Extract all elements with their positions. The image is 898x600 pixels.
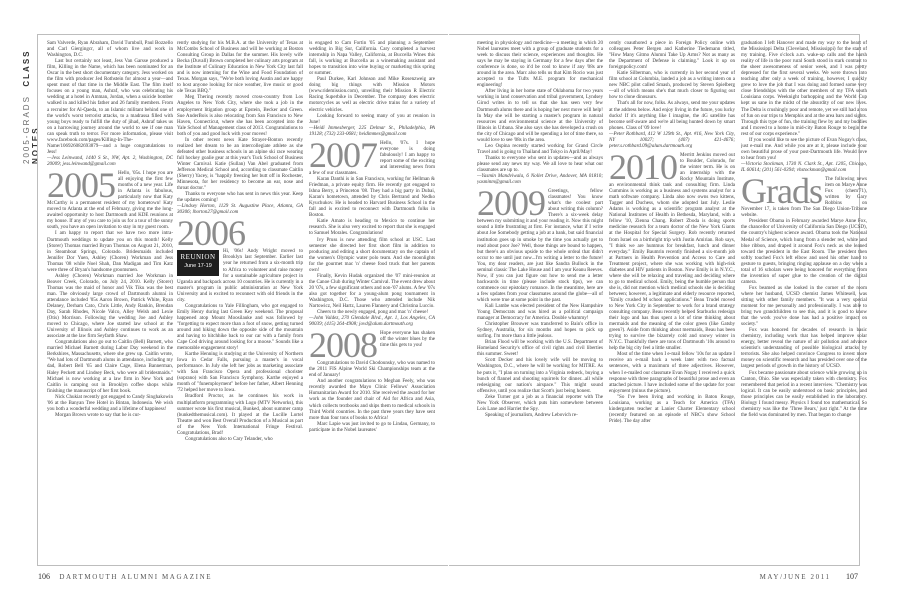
paragraph: Sam Valverde, Ryan Abraham, David Turnbu… — [47, 40, 173, 58]
paragraph: "So I've been living and working in Bato… — [609, 394, 735, 424]
paragraph: Fox was honored for decades of research … — [741, 327, 867, 369]
column-signature: —Peter Rothbard, 412 W 129th St., Apt. #… — [609, 131, 735, 149]
left-folio: 106 DARTMOUTH ALUMNI MAGAZINE — [38, 572, 212, 581]
paragraph: cently coauthored a piece in Foreign Pol… — [609, 40, 735, 70]
paragraph: Fox became passionate about science whil… — [741, 370, 867, 418]
reunion-label: REUNION — [177, 253, 219, 262]
paragraph: Ivy Pruss is now attending film school a… — [309, 237, 435, 273]
paragraph: is engaged to Cam Fortin '05 and plannin… — [309, 40, 435, 76]
column-signature: —John Valdez, 270 Glendale Blvd., Apt. 1… — [309, 315, 435, 327]
side-tab-years: 2005-GRADS — [22, 95, 31, 164]
column-4: meeting in physiology and medicine—a mee… — [477, 40, 603, 558]
year-heading-grads: Grads The following news item on Marye A… — [741, 176, 867, 218]
paragraph: Katie Silberman, who is currently in her… — [609, 70, 735, 100]
paragraph: graduation I left Hanover and made my wa… — [741, 40, 867, 137]
class-year: 2007 — [309, 140, 377, 170]
paragraph: Merritt Jenkins moved out to Boulder, Co… — [609, 152, 735, 352]
paragraph: I am happy to report that we have two mo… — [47, 230, 173, 272]
paragraph: Thanks to everyone who sent in updates—a… — [477, 155, 603, 173]
paragraph: Thanks to everyone who has sent in news … — [177, 191, 303, 203]
paragraph: Bradford Proctor, as he continues his wo… — [177, 393, 303, 435]
paragraph: President Obama in February awarded Mary… — [741, 218, 867, 285]
year-heading-2007: 2007 Hello, '07s. I hope everyone is doi… — [309, 140, 435, 176]
page-number: 106 — [38, 572, 50, 581]
column-3: is engaged to Cam Fortin '05 and plannin… — [309, 40, 435, 558]
paragraph: Congratulations also to Cary Telander, w… — [177, 436, 303, 442]
year-heading-2005: 2005 Hello, '05s. I hope you are all enj… — [47, 170, 173, 230]
class-year: Grads — [741, 176, 822, 206]
year-heading-2006: 2006 REUNION June 17-19 Hi, '06s! Andy W… — [177, 218, 303, 302]
paragraph: Congratulations to Yale Fillingham, who … — [177, 303, 303, 351]
paragraph: Fox beamed as she looked in the corner o… — [741, 285, 867, 327]
paragraph: Meg Thering recently moved cross-country… — [177, 94, 303, 136]
column-signature: —Victoria Stockman, 1730 N. Clark St., A… — [741, 161, 867, 173]
paragraph: Katie Amato is heading to Mexico to cont… — [309, 218, 435, 236]
right-folio: MAY/JUNE 2011 107 — [760, 572, 858, 581]
paragraph: That's all for now, folks. As always, se… — [609, 100, 735, 130]
paragraph: Karthe Henning is studying at the Univer… — [177, 351, 303, 393]
magazine-title: DARTMOUTH ALUMNI MAGAZINE — [59, 573, 212, 581]
paragraph: Brian Flood will be working with the U.S… — [477, 339, 603, 357]
paragraph: Speaking of journalism, Andrew Lebovich … — [477, 412, 603, 418]
column-signature: —Heidi Immesberger, 225 Delmar St., Phil… — [309, 125, 435, 137]
paragraph: In other recent news Kate Strayer-Bonton… — [177, 137, 303, 191]
paragraph: Looking forward to seeing many of you at… — [309, 113, 435, 125]
class-year: 2005 — [47, 170, 115, 200]
paragraph: After living in her home state of Oklaho… — [477, 88, 603, 142]
paragraph: Marc Lapie was just invited to go to Lin… — [309, 421, 435, 433]
paragraph: Karan Danthi is in San Francisco, workin… — [309, 176, 435, 218]
class-year: 2008 — [309, 330, 377, 360]
paragraph: Leo Ospina recently started working for … — [477, 143, 603, 155]
class-year: 2010 — [609, 152, 677, 182]
paragraph: rently studying for his M.B.A. at the Un… — [177, 40, 303, 94]
paragraph: Most of the time when I e-mail fellow '1… — [609, 351, 735, 393]
column-signature: —Jess Leinwand, 1440 S St., NW, Apt. 2, … — [47, 155, 173, 167]
year-heading-2009: 2009 Greetings, fellow classmates! You k… — [477, 188, 603, 303]
paragraph: Paul Durkee, Karl Johnson and Mike Rosen… — [309, 76, 435, 112]
paragraph: Congratulations to David Chodounsky, who… — [309, 360, 435, 378]
reunion-dates: June 17-19 — [177, 262, 219, 270]
paragraph: Congratulations also go out to Caitlin (… — [47, 339, 173, 393]
paragraph: Kali Lambe was elected president of the … — [477, 303, 603, 321]
magazine-spread: 2005-GRADS CLASS NOTES Sam Valverde, Rya… — [0, 0, 898, 600]
class-year: 2009 — [477, 188, 545, 218]
paragraph: Zeke Turner got a job as a financial rep… — [477, 394, 603, 412]
column-5: cently coauthored a piece in Foreign Pol… — [609, 40, 735, 558]
paragraph: Morgan Brown wrote to say that he is cur… — [47, 412, 173, 418]
column-1: Sam Valverde, Ryan Abraham, David Turnbu… — [47, 40, 173, 558]
paragraph: If you would like to see the picture of … — [741, 137, 867, 161]
paragraph: And another congratulations to Meghan Fe… — [309, 378, 435, 420]
paragraph: Last but certainly not least, Jess Van G… — [47, 58, 173, 155]
year-heading-2008: 2008 Hope everyone has shaken off the wi… — [309, 330, 435, 348]
paragraph: Nick Chukiat recently got engaged to Can… — [47, 394, 173, 412]
column-6: graduation I left Hanover and made my wa… — [741, 40, 867, 558]
year-heading-2010: 2010 Merritt Jenkins moved out to Boulde… — [609, 152, 735, 352]
paragraph: Finally, Kevin Hudak organized the '07 m… — [309, 273, 435, 309]
reunion-badge: REUNION June 17-19 — [177, 250, 219, 276]
column-2: rently studying for his M.B.A. at the Un… — [177, 40, 303, 558]
class-year: 2006 — [177, 218, 300, 248]
paragraph: Scott Decker and his lovely wife will be… — [477, 357, 603, 393]
paragraph: Christopher Brouwer was transferred to B… — [477, 321, 603, 339]
paragraph: Ashley (Choren) Workman married Joe Work… — [47, 273, 173, 340]
section-side-tab: 2005-GRADS CLASS NOTES — [22, 34, 34, 164]
page-number: 107 — [846, 572, 858, 581]
issue-date: MAY/JUNE 2011 — [760, 573, 831, 581]
paragraph: meeting in physiology and medicine—a mee… — [477, 40, 603, 88]
